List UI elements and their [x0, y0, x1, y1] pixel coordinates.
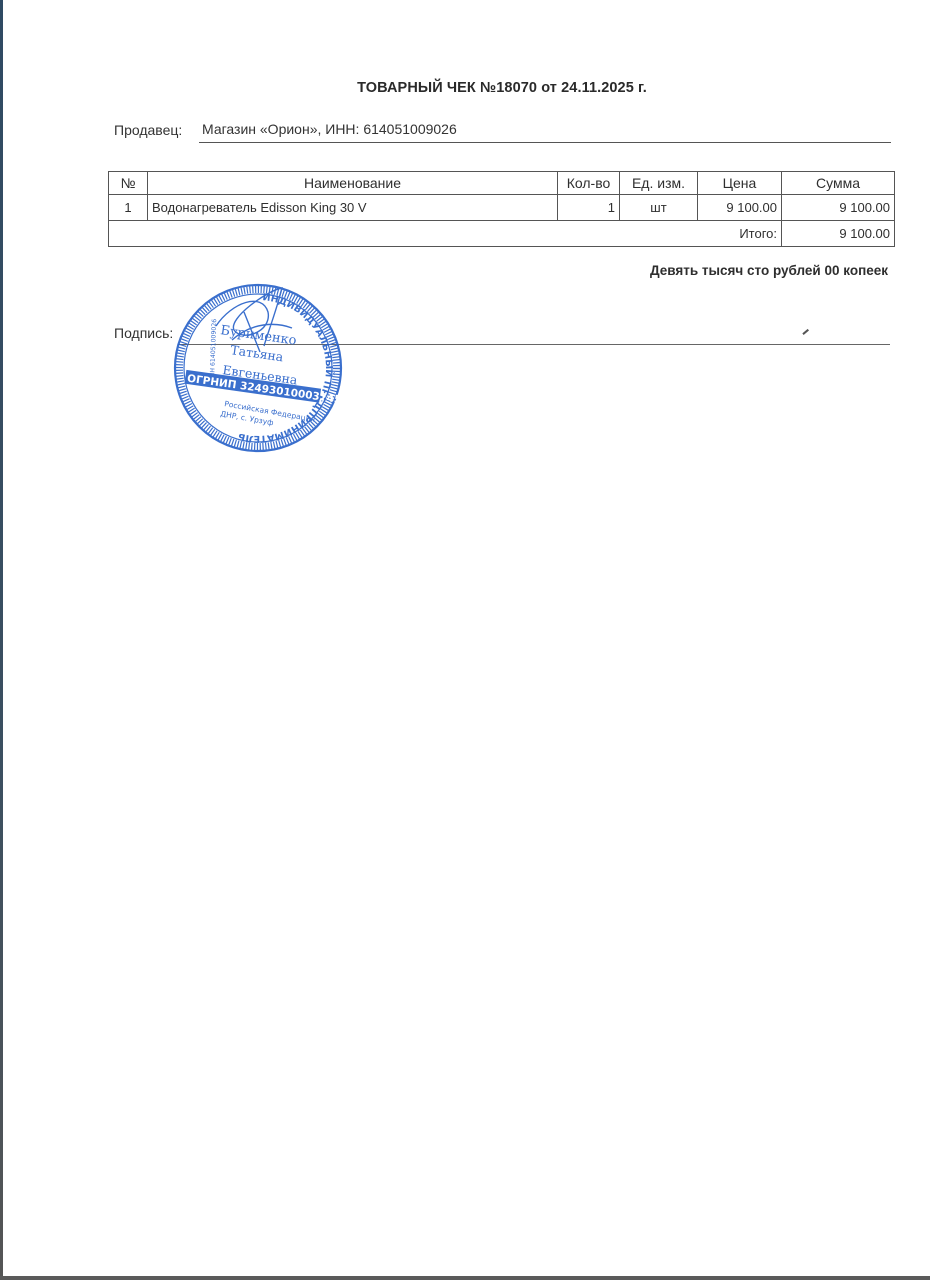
total-label: Итого:	[109, 221, 782, 247]
items-table: № Наименование Кол-во Ед. изм. Цена Сумм…	[108, 171, 895, 247]
header-unit: Ед. изм.	[620, 172, 698, 195]
total-row: Итого: 9 100.00	[109, 221, 895, 247]
seal-stamp: ИНДИВИДУАЛЬНЫЙ ПРЕДПРИНИМАТЕЛЬ ИНН 61405…	[172, 282, 344, 454]
cell-sum: 9 100.00	[782, 195, 895, 221]
header-name: Наименование	[148, 172, 558, 195]
signature-mark	[802, 329, 808, 335]
cell-unit: шт	[620, 195, 698, 221]
header-qty: Кол-во	[558, 172, 620, 195]
table-row: 1 Водонагреватель Edisson King 30 V 1 шт…	[109, 195, 895, 221]
seller-value: Магазин «Орион», ИНН: 614051009026	[202, 121, 457, 137]
seller-underline	[199, 142, 891, 143]
seller-label: Продавец:	[114, 122, 182, 138]
amount-in-words: Девять тысяч сто рублей 00 копеек	[650, 263, 888, 278]
cell-num: 1	[109, 195, 148, 221]
signature-label: Подпись:	[114, 325, 173, 341]
cell-qty: 1	[558, 195, 620, 221]
total-value: 9 100.00	[782, 221, 895, 247]
scan-edge-bottom	[0, 1276, 930, 1280]
header-num: №	[109, 172, 148, 195]
cell-price: 9 100.00	[698, 195, 782, 221]
scan-edge-left	[0, 0, 3, 1280]
table-header-row: № Наименование Кол-во Ед. изм. Цена Сумм…	[109, 172, 895, 195]
cell-name: Водонагреватель Edisson King 30 V	[148, 195, 558, 221]
header-price: Цена	[698, 172, 782, 195]
header-sum: Сумма	[782, 172, 895, 195]
stamp-inn: ИНН 614051009026	[209, 319, 218, 382]
document-title: ТОВАРНЫЙ ЧЕК №18070 от 24.11.2025 г.	[0, 80, 930, 96]
